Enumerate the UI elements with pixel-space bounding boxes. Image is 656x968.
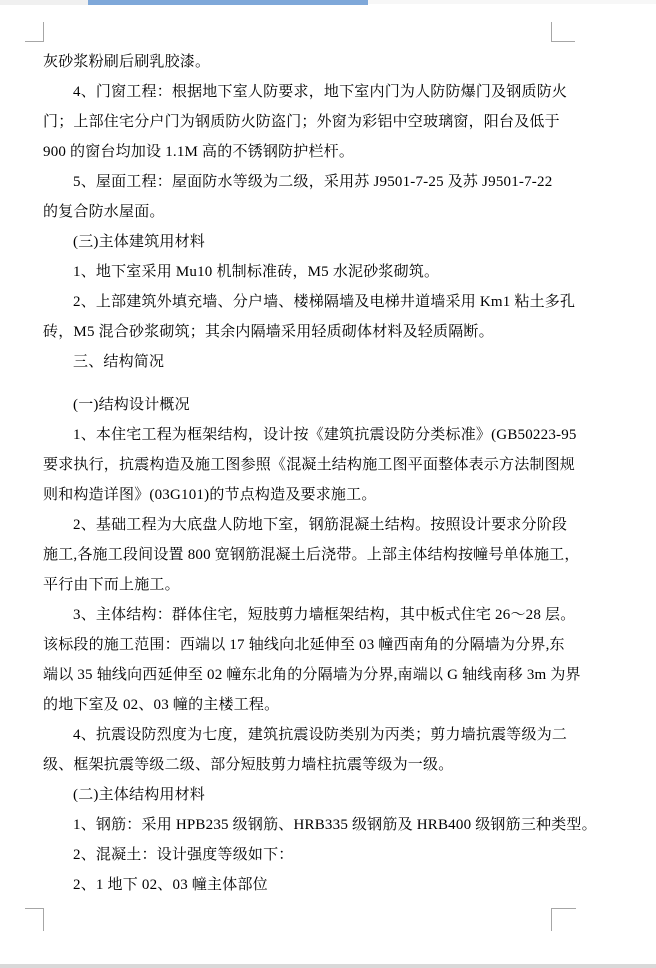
text-line: 900 的窗台均加设 1.1M 高的不锈钢防护栏杆。 [43, 137, 555, 167]
top-edge-strip-left [0, 0, 88, 5]
text-line: 平行由下而上施工。 [43, 570, 555, 600]
text-line: 级、框架抗震等级二级、部分短肢剪力墙柱抗震等级为一级。 [43, 750, 555, 780]
text-line: 2、上部建筑外填充墙、分户墙、楼梯隔墙及电梯井道墙采用 Km1 粘土多孔 [43, 287, 555, 317]
margin-crop-mark-bottom-left [25, 908, 44, 931]
top-edge-strip-right [368, 0, 656, 4]
text-line: 要求执行，抗震构造及施工图参照《混凝土结构施工图平面整体表示方法制图规 [43, 450, 555, 480]
section-heading-line: 三、结构简况 [43, 347, 555, 377]
text-line: 1、地下室采用 Mu10 机制标准砖，M5 水泥砂浆砌筑。 [43, 257, 555, 287]
text-line: (二)主体结构用材料 [43, 780, 555, 810]
text-line: 端以 35 轴线向西延伸至 02 幢东北角的分隔墙为分界,南端以 G 轴线南移 … [43, 660, 555, 690]
text-line: 1、钢筋：采用 HPB235 级钢筋、HRB335 级钢筋及 HRB400 级钢… [43, 810, 555, 840]
text-line: 砖，M5 混合砂浆砌筑；其余内隔墙采用轻质砌体材料及轻质隔断。 [43, 317, 555, 347]
text-line: 该标段的施工范围：西端以 17 轴线向北延伸至 03 幢西南角的分隔墙为分界,东 [43, 630, 555, 660]
margin-crop-mark-bottom-right [551, 908, 576, 931]
margin-crop-mark-top-right [551, 22, 575, 42]
text-line: 1、本住宅工程为框架结构，设计按《建筑抗震设防分类标准》(GB50223-95 [43, 420, 555, 450]
text-line: 灰砂浆粉刷后刷乳胶漆。 [43, 47, 555, 77]
top-edge-accent-bar [88, 0, 368, 5]
text-line: 5、屋面工程：屋面防水等级为二级，采用苏 J9501-7-25 及苏 J9501… [43, 167, 555, 197]
text-line: (一)结构设计概况 [43, 390, 555, 420]
bottom-edge-strip [0, 964, 656, 968]
text-line: (三)主体建筑用材料 [43, 227, 555, 257]
text-line: 3、主体结构：群体住宅，短肢剪力墙框架结构，其中板式住宅 26～28 层。 [43, 600, 555, 630]
text-line: 的复合防水屋面。 [43, 197, 555, 227]
text-line: 的地下室及 02、03 幢的主楼工程。 [43, 690, 555, 720]
text-line: 4、门窗工程：根据地下室人防要求，地下室内门为人防防爆门及钢质防火 [43, 77, 555, 107]
text-line: 2、基础工程为大底盘人防地下室，钢筋混凝土结构。按照设计要求分阶段 [43, 510, 555, 540]
text-line: 则和构造详图》(03G101)的节点构造及要求施工。 [43, 480, 555, 510]
text-line: 门；上部住宅分户门为钢质防火防盗门；外窗为彩铝中空玻璃窗，阳台及低于 [43, 107, 555, 137]
text-line: 2、混凝土：设计强度等级如下： [43, 840, 555, 870]
text-line: 施工,各施工段间设置 800 宽钢筋混凝土后浇带。上部主体结构按幢号单体施工， [43, 540, 555, 570]
text-line: 4、抗震设防烈度为七度，建筑抗震设防类别为丙类；剪力墙抗震等级为二 [43, 720, 555, 750]
margin-crop-mark-top-left [25, 22, 44, 42]
document-page: 灰砂浆粉刷后刷乳胶漆。 4、门窗工程：根据地下室人防要求，地下室内门为人防防爆门… [43, 47, 555, 900]
text-line: 2、1 地下 02、03 幢主体部位 [43, 870, 555, 900]
